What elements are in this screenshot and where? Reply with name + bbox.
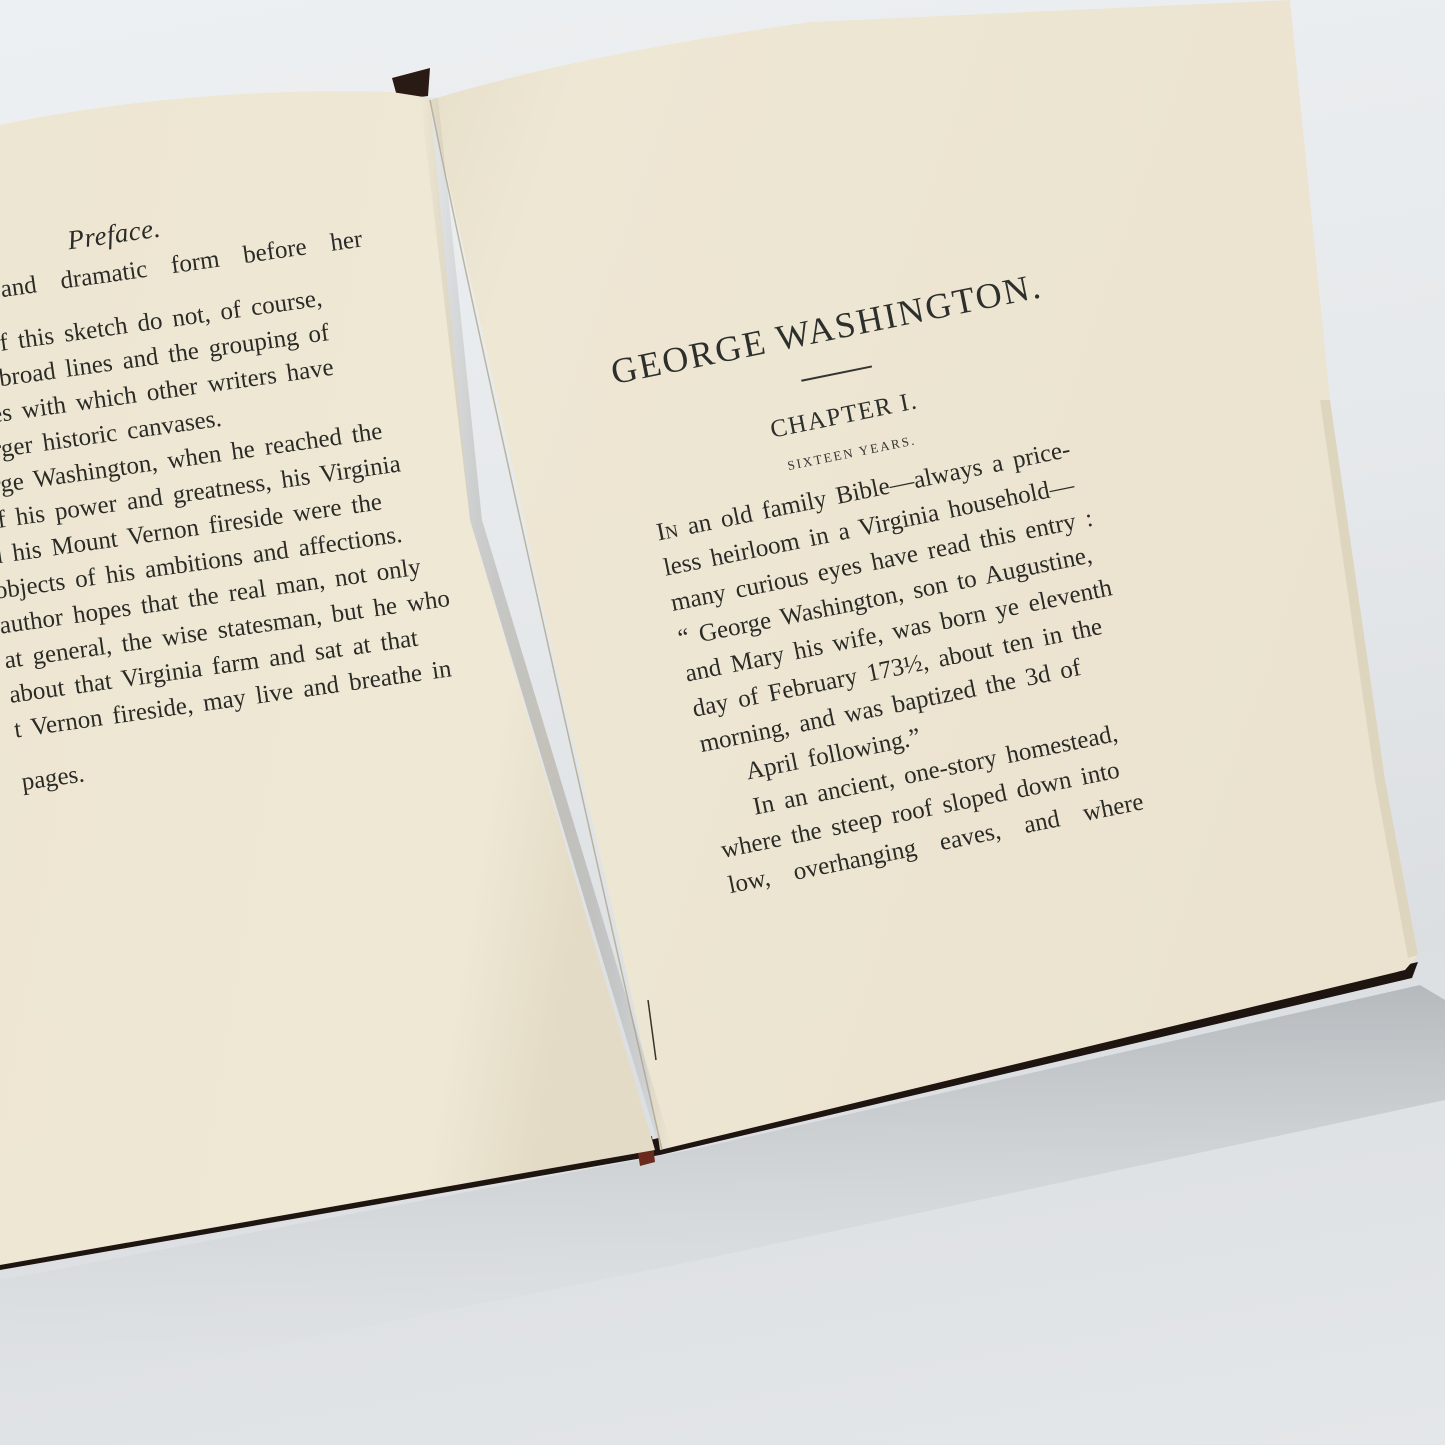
title-rule-divider: [801, 365, 872, 381]
book-photo-scene: Preface. ne and dramatic form before her…: [0, 0, 1445, 1445]
right-page-text: GEORGE WASHINGTON. CHAPTER I. SIXTEEN YE…: [592, 243, 1254, 909]
left-page-text: Preface. ne and dramatic form before her…: [20, 154, 653, 789]
preface-body: ne and dramatic form before her ts of th…: [0, 201, 579, 800]
